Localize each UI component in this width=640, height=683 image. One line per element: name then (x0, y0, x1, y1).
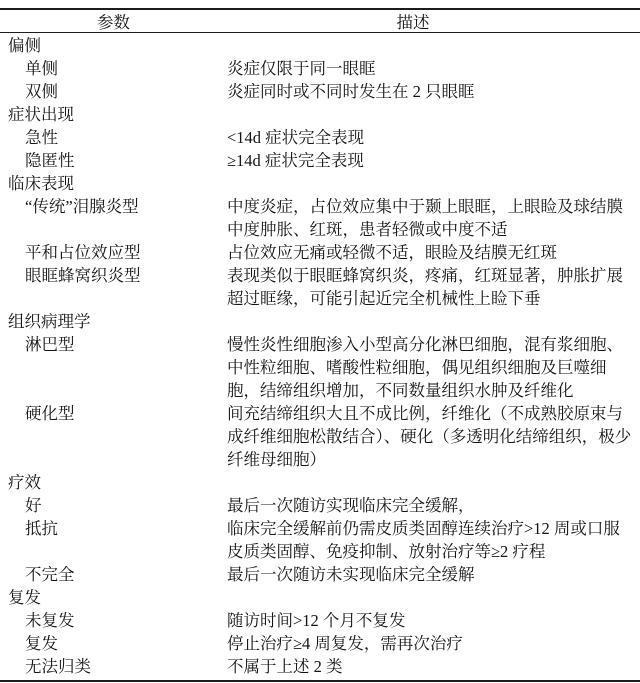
row-param: 不完全 (8, 563, 227, 586)
row-param: 平和占位效应型 (8, 241, 227, 264)
row-desc: 最后一次随访实现临床完全缓解， (227, 494, 640, 517)
table-row: 隐匿性 ≥14d 症状完全表现 (8, 149, 640, 172)
row-param: 眼眶蜂窝织炎型 (8, 264, 227, 310)
section-header-row: 组织病理学 (8, 310, 640, 333)
row-desc: 慢性炎性细胞渗入小型高分化淋巴细胞，混有浆细胞、中性粒细胞、嗜酸性粒细胞，偶见组… (227, 333, 640, 402)
table-row: 未复发 随访时间>12 个月不复发 (8, 609, 640, 632)
column-header-desc: 描述 (227, 9, 599, 33)
table-row: 急性 <14d 症状完全表现 (8, 126, 640, 149)
row-desc: 表现类似于眼眶蜂窝织炎，疼痛，红斑显著，肿胀扩展超过眶缘，可能引起近完全机械性上… (227, 264, 640, 310)
row-param: 隐匿性 (8, 149, 227, 172)
row-param: 好 (8, 494, 227, 517)
row-desc: 炎症同时或不同时发生在 2 只眼眶 (227, 80, 640, 103)
row-param: 抵抗 (8, 517, 227, 563)
row-desc: 炎症仅限于同一眼眶 (227, 57, 640, 80)
table-row: 淋巴型 慢性炎性细胞渗入小型高分化淋巴细胞，混有浆细胞、中性粒细胞、嗜酸性粒细胞… (8, 333, 640, 402)
section-title: 症状出现 (8, 103, 227, 126)
table-row: “传统”泪腺炎型 中度炎症，占位效应集中于颞上眼眶，上眼睑及球结膜中度肿胀、红斑… (8, 195, 640, 241)
row-desc: 不属于上述 2 类 (227, 655, 640, 678)
table-row: 复发 停止治疗≥4 周复发，需再次治疗 (8, 632, 640, 655)
table-row: 不完全 最后一次随访未实现临床完全缓解 (8, 563, 640, 586)
table-row: 无法归类 不属于上述 2 类 (8, 655, 640, 678)
row-param: 复发 (8, 632, 227, 655)
column-header-param: 参数 (0, 9, 227, 33)
table-row: 平和占位效应型 占位效应无痛或轻微不适，眼睑及结膜无红斑 (8, 241, 640, 264)
section-header-row: 症状出现 (8, 103, 640, 126)
row-desc: 停止治疗≥4 周复发，需再次治疗 (227, 632, 640, 655)
row-param: 硬化型 (8, 402, 227, 471)
table-row: 单侧 炎症仅限于同一眼眶 (8, 57, 640, 80)
section-header-row: 疗效 (8, 471, 640, 494)
section-title: 组织病理学 (8, 310, 227, 333)
row-desc: 中度炎症，占位效应集中于颞上眼眶，上眼睑及球结膜中度肿胀、红斑，患者轻微或中度不… (227, 195, 640, 241)
row-desc: 最后一次随访未实现临床完全缓解 (227, 563, 640, 586)
row-desc: 随访时间>12 个月不复发 (227, 609, 640, 632)
section-header-row: 复发 (8, 586, 640, 609)
row-param: 单侧 (8, 57, 227, 80)
row-param: 急性 (8, 126, 227, 149)
table-header-row: 参数 描述 (0, 10, 640, 33)
table-body: 偏侧 单侧 炎症仅限于同一眼眶 双侧 炎症同时或不同时发生在 2 只眼眶 症状出… (0, 33, 640, 680)
section-header-row: 偏侧 (8, 34, 640, 57)
table-row: 好 最后一次随访实现临床完全缓解， (8, 494, 640, 517)
row-param: 无法归类 (8, 655, 227, 678)
table-row: 抵抗 临床完全缓解前仍需皮质类固醇连续治疗>12 周或口服皮质类固醇、免疫抑制、… (8, 517, 640, 563)
row-param: 双侧 (8, 80, 227, 103)
document-page: 参数 描述 偏侧 单侧 炎症仅限于同一眼眶 双侧 炎症同时或不同时发生在 2 只… (0, 0, 640, 683)
row-param: 淋巴型 (8, 333, 227, 402)
section-title: 疗效 (8, 471, 227, 494)
table-row: 眼眶蜂窝织炎型 表现类似于眼眶蜂窝织炎，疼痛，红斑显著，肿胀扩展超过眶缘，可能引… (8, 264, 640, 310)
row-desc: 间充结缔组织大且不成比例，纤维化（不成熟胶原束与成纤维细胞松散结合）、硬化（多透… (227, 402, 640, 471)
section-title: 复发 (8, 586, 227, 609)
row-desc: 临床完全缓解前仍需皮质类固醇连续治疗>12 周或口服皮质类固醇、免疫抑制、放射治… (227, 517, 640, 563)
row-param: “传统”泪腺炎型 (8, 195, 227, 241)
section-title: 偏侧 (8, 34, 227, 57)
section-title: 临床表现 (8, 172, 227, 195)
row-desc: <14d 症状完全表现 (227, 126, 640, 149)
section-header-row: 临床表现 (8, 172, 640, 195)
table-row: 双侧 炎症同时或不同时发生在 2 只眼眶 (8, 80, 640, 103)
row-param: 未复发 (8, 609, 227, 632)
row-desc: 占位效应无痛或轻微不适，眼睑及结膜无红斑 (227, 241, 640, 264)
parameters-table: 参数 描述 偏侧 单侧 炎症仅限于同一眼眶 双侧 炎症同时或不同时发生在 2 只… (0, 8, 640, 682)
table-row: 硬化型 间充结缔组织大且不成比例，纤维化（不成熟胶原束与成纤维细胞松散结合）、硬… (8, 402, 640, 471)
row-desc: ≥14d 症状完全表现 (227, 149, 640, 172)
